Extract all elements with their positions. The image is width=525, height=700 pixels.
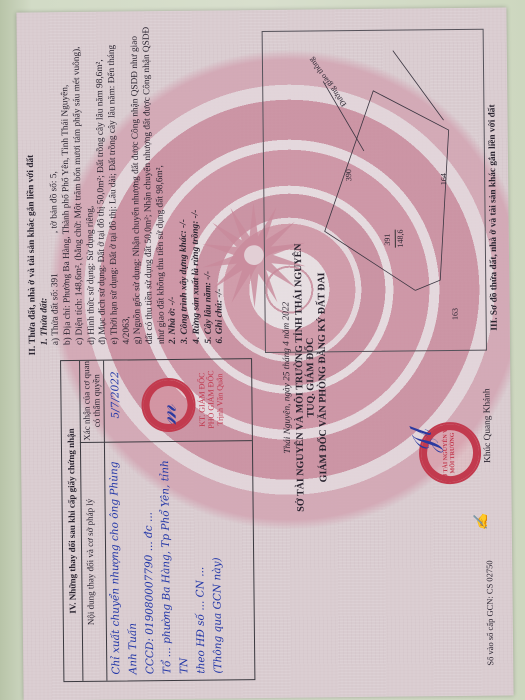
signer-name: Khúc Quang Khánh: [482, 366, 495, 486]
plot-sketch: [263, 30, 486, 352]
note-item: 6. Ghi chú: -/-: [212, 23, 227, 353]
confirmation-signature: 𝓂: [154, 404, 182, 425]
parcel-boundary: [323, 90, 450, 291]
certificate-page: II. Thửa đất, nhà ở và tài sản khác gắn …: [16, 7, 513, 700]
confirmation-date: 5/7/2022: [107, 371, 124, 418]
section-iii-title: III. Sơ đồ thửa đất, nhà ở và tài sản kh…: [486, 11, 501, 331]
rotated-document-content: II. Thửa đất, nhà ở và tài sản khác gắn …: [16, 7, 513, 700]
serial-number: Số vào sổ cấp GCN: CS 02750: [484, 560, 495, 665]
confirmation-signer: KT. GIÁM ĐỐC PHÓ GIÁM ĐỐC Trịnh Văn Quân: [197, 361, 225, 437]
serial-initial-signature: ✍: [474, 513, 490, 531]
col-authority-confirmation: Xác nhận của cơ quan có thẩm quyền: [81, 361, 102, 441]
changes-table: IV. Những thay đổi sau khi cấp giấy chứn…: [60, 358, 255, 682]
parcel-number-label: 391: [383, 234, 392, 246]
plot-sketch-frame: 391 148,6 163 164 390 Đường giao thông: [262, 29, 487, 353]
parcel-area-label: 148,6: [395, 230, 405, 248]
usage-origin: g) Nguồn gốc sử dụng: Nhận chuyển nhượng…: [130, 24, 169, 354]
neighbor-164-label: 164: [439, 173, 448, 185]
section-ii: II. Thửa đất, nhà ở và tài sản khác gắn …: [25, 23, 227, 355]
col-change-content: Nội dung thay đổi và cơ sở pháp lý: [84, 443, 96, 681]
handwritten-change-note: Chỉ xuất chuyển nhượng cho ông Phùng Anh…: [106, 443, 227, 674]
neighbor-163-label: 163: [451, 308, 460, 320]
neighbor-390-label: 390: [344, 169, 353, 181]
section-iv-title: IV. Những thay đổi sau khi cấp giấy chứn…: [65, 361, 78, 681]
